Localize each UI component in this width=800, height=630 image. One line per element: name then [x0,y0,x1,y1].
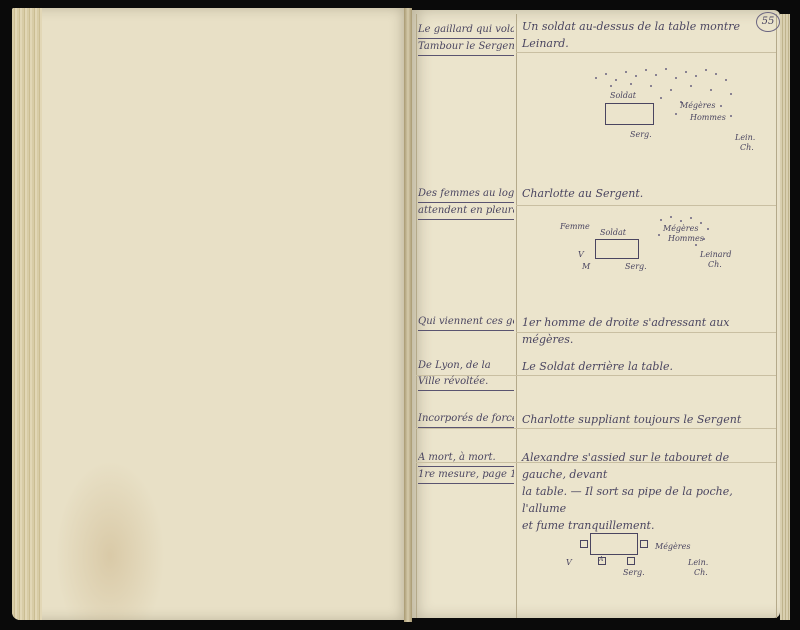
diagram-label: Mégères [680,101,715,110]
column-divider [516,14,517,618]
direction-line: Alexandre s'assied sur le tabouret de ga… [522,449,772,483]
left-page-edges [12,8,42,620]
direction-line: Un soldat au-dessus de la table montre [522,18,772,35]
diagram-label: Serg. [630,130,652,139]
stage-direction: Charlotte au Sergent. [522,185,772,202]
diagram-label: Mégères [663,224,698,233]
table-shape [590,533,638,555]
diagram-label: Ch. [740,143,754,152]
cue-line: De Lyon, de la [418,358,514,374]
diagram-label: M [582,262,590,271]
diagram-label: V [578,250,584,259]
water-stain [55,460,165,620]
diagram-label: Serg. [625,262,647,271]
cue-line: Ville révoltée. [418,374,514,391]
diagram-label: Lein. [735,133,755,142]
margin-line [416,14,417,618]
cue-text: A mort, à mort. 1re mesure, page 144. [418,450,514,484]
diagram-label: V [566,558,572,567]
direction-line: la table. — Il sort sa pipe de la poche,… [522,483,772,517]
ruled-line [516,205,776,206]
cue-line: Des femmes au logis les [418,186,514,203]
direction-line: Charlotte suppliant toujours le Sergent [522,411,772,428]
stool-shape [580,540,588,548]
cue-line: Incorporés de force ch. [418,411,514,428]
stage-direction: Alexandre s'assied sur le tabouret de ga… [522,449,772,534]
book-gutter [404,8,412,622]
stool-shape [640,540,648,548]
ruled-line [516,52,776,53]
diagram-label: Femme [560,222,590,231]
cue-text: Qui viennent ces gens-là [418,314,514,331]
table-shape [605,103,654,125]
stool-shape [627,557,635,565]
stage-direction: 1er homme de droite s'adressant aux mégè… [522,314,772,348]
direction-line: Le Soldat derrière la table. [522,358,772,375]
cue-text: Des femmes au logis les attendent en ple… [418,186,514,220]
table-shape [595,239,639,259]
diagram-label: Ch. [694,568,708,577]
diagram-label: Mégères [655,542,690,551]
cue-line: Tambour le Sergent. [418,39,514,56]
diagram-label: A [599,556,603,563]
diagram-label: Leinard [700,250,731,259]
diagram-label: Soldat [600,228,626,237]
cue-line: attendent en pleurant. [418,203,514,220]
diagram-label: Serg. [623,568,645,577]
cue-line: 1re mesure, page 144. [418,467,514,484]
stage-direction: Un soldat au-dessus de la table montre L… [522,18,772,52]
direction-line: Leinard. [522,35,772,52]
direction-line: Charlotte au Sergent. [522,185,772,202]
diagram-label: Hommes [690,113,726,122]
right-page-edges [780,14,790,620]
cue-line: Qui viennent ces gens-là [418,314,514,331]
cue-line: A mort, à mort. [418,450,514,467]
stage-direction: Le Soldat derrière la table. [522,358,772,375]
diagram-label: Ch. [708,260,722,269]
diagram-label: Hommes [668,234,704,243]
cue-line: Le gaillard qui vola [418,22,514,39]
cue-text: Incorporés de force ch. [418,411,514,428]
diagram-label: Soldat [610,91,636,100]
cue-text: De Lyon, de la Ville révoltée. [418,358,514,391]
ruled-line [416,428,776,429]
right-margin-line [776,14,777,618]
blocking-diagram: Soldat Serg. Mégères Hommes Lein. Ch. [590,65,770,155]
blocking-diagram: A V Mégères Serg. Lein. Ch. [560,530,720,590]
diagram-label: Lein. [688,558,708,567]
stage-direction: Charlotte suppliant toujours le Sergent [522,411,772,428]
direction-line: 1er homme de droite s'adressant aux mégè… [522,314,772,348]
cue-text: Le gaillard qui vola Tambour le Sergent. [418,22,514,56]
blocking-diagram: Femme Soldat V M Serg. Mégères Hommes Le… [560,212,750,282]
